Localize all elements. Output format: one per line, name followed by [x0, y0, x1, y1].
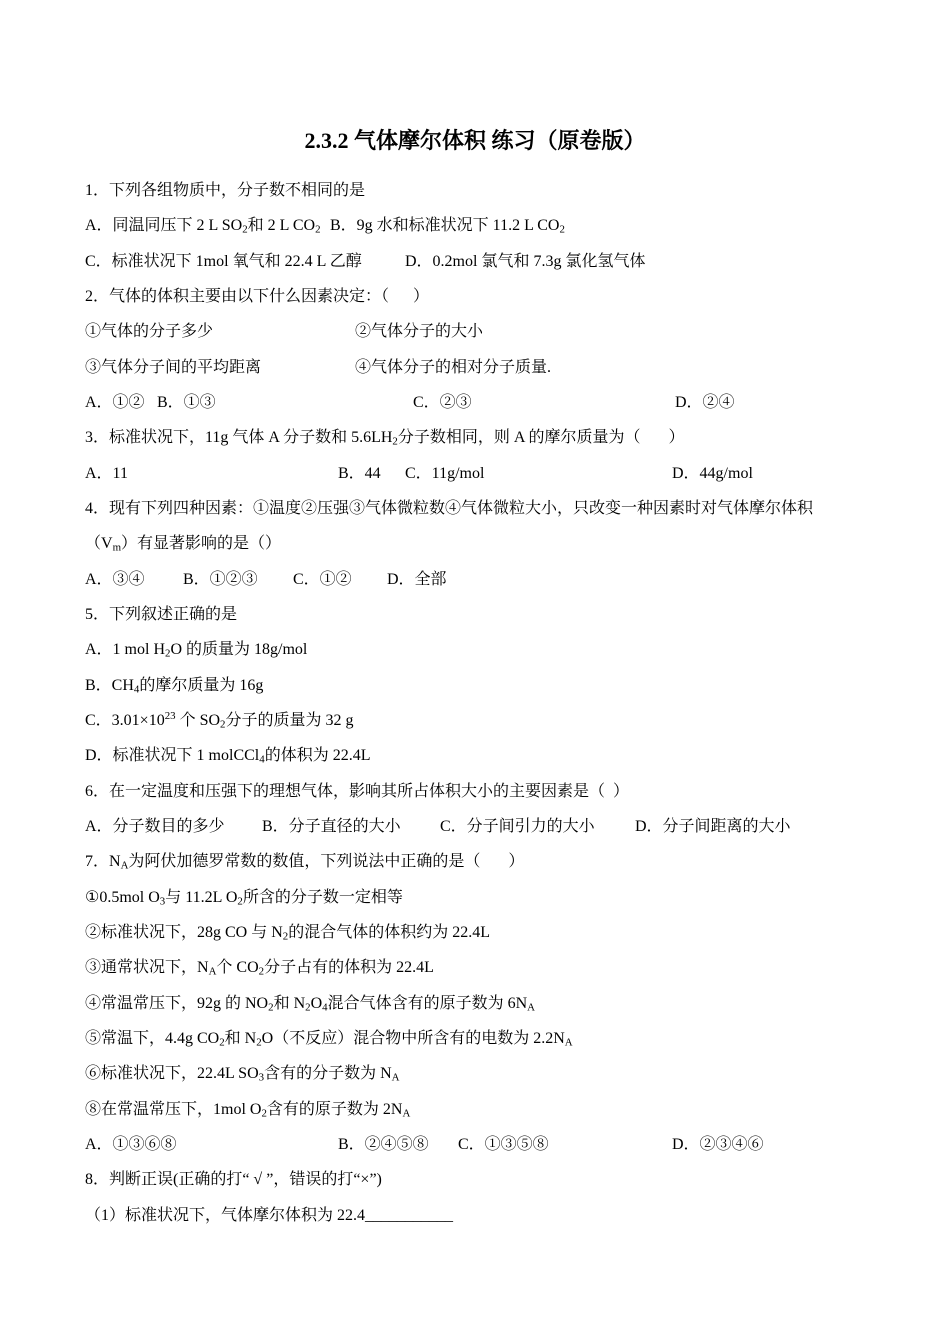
subscript: 2 — [305, 1001, 310, 1013]
text-run: C．①③⑤⑧ — [458, 1127, 549, 1162]
text-run: 3．标准状况下，11g 气体 A 分子数和 5.6LH2分子数相同，则 A 的摩… — [85, 420, 685, 455]
doc-line: ⑥标准状况下，22.4L SO3含有的分子数为 NA — [0, 1056, 950, 1091]
subscript: 4 — [134, 683, 139, 695]
doc-line: A．1 mol H2O 的质量为 18g/mol — [0, 632, 950, 667]
text-run: A．①② — [85, 385, 145, 420]
doc-line: C．标准状况下 1mol 氧气和 22.4 L 乙醇D．0.2mol 氯气和 7… — [0, 244, 950, 279]
text-run: D．44g/mol — [672, 456, 753, 491]
subscript: 2 — [283, 931, 288, 943]
doc-line: 2．气体的体积主要由以下什么因素决定：（ ） — [0, 279, 950, 314]
text-run: C．②③ — [413, 385, 472, 420]
text-run: B．①③ — [157, 385, 216, 420]
subscript: 4 — [322, 1001, 327, 1013]
text-run: ⑧在常温常压下，1mol O2含有的原子数为 2NA — [85, 1092, 410, 1127]
text-run: C．3.01×1023 个 SO2分子的质量为 32 g — [85, 703, 354, 738]
doc-line: 3．标准状况下，11g 气体 A 分子数和 5.6LH2分子数相同，则 A 的摩… — [0, 420, 950, 455]
text-run: ⑥标准状况下，22.4L SO3含有的分子数为 NA — [85, 1056, 400, 1091]
doc-line: ③气体分子间的平均距离④气体分子的相对分子质量. — [0, 350, 950, 385]
text-run: 5．下列叙述正确的是 — [85, 597, 237, 632]
doc-line: 7．NA为阿伏加德罗常数的数值，下列说法中正确的是（ ） — [0, 844, 950, 879]
doc-line: A．③④B．①②③C．①②D．全部 — [0, 562, 950, 597]
doc-line: B．CH4的摩尔质量为 16g — [0, 668, 950, 703]
text-run: A．1 mol H2O 的质量为 18g/mol — [85, 632, 307, 667]
text-run: B．CH4的摩尔质量为 16g — [85, 668, 263, 703]
doc-line: A．分子数目的多少B．分子直径的大小C．分子间引力的大小D．分子间距离的大小 — [0, 809, 950, 844]
doc-line: D．标准状况下 1 molCCl4的体积为 22.4L — [0, 738, 950, 773]
doc-line: 5．下列叙述正确的是 — [0, 597, 950, 632]
subscript: 4 — [259, 754, 264, 766]
subscript: 2 — [315, 224, 320, 236]
doc-line: 8．判断正误(正确的打“ √ ”，错误的打“×”) — [0, 1162, 950, 1197]
subscript: 2 — [560, 224, 565, 236]
text-run: B．②④⑤⑧ — [338, 1127, 429, 1162]
text-run: A．分子数目的多少 — [85, 809, 225, 844]
text-run: ③气体分子间的平均距离 — [85, 350, 261, 385]
subscript: A — [392, 1072, 400, 1084]
text-run: C．①② — [293, 562, 352, 597]
subscript: A — [121, 860, 129, 872]
text-run: 7．NA为阿伏加德罗常数的数值，下列说法中正确的是（ ） — [85, 844, 524, 879]
doc-line: C．3.01×1023 个 SO2分子的质量为 32 g — [0, 703, 950, 738]
subscript: A — [209, 966, 217, 978]
text-run: C．分子间引力的大小 — [440, 809, 595, 844]
text-run: C．标准状况下 1mol 氧气和 22.4 L 乙醇 — [85, 244, 362, 279]
text-run: 1．下列各组物质中，分子数不相同的是 — [85, 173, 365, 208]
subscript: 2 — [165, 648, 170, 660]
text-run: B．①②③ — [183, 562, 258, 597]
text-run: ②气体分子的大小 — [355, 314, 483, 349]
subscript: 2 — [242, 224, 247, 236]
text-run: （1）标准状况下，气体摩尔体积为 22.4___________ — [85, 1198, 453, 1233]
subscript: 2 — [259, 966, 264, 978]
subscript: A — [565, 1037, 573, 1049]
text-run: B．9g 水和标准状况下 11.2 L CO2 — [330, 208, 565, 243]
doc-line: （Vm）有显著影响的是（） — [0, 526, 950, 561]
doc-line: A．①②B．①③C．②③D．②④ — [0, 385, 950, 420]
doc-line: ⑤常温下，4.4g CO2和 N2O（不反应）混合物中所含有的电数为 2.2NA — [0, 1021, 950, 1056]
text-run: 4．现有下列四种因素：①温度②压强③气体微粒数④气体微粒大小，只改变一种因素时对… — [85, 491, 813, 526]
text-run: ④气体分子的相对分子质量. — [355, 350, 551, 385]
doc-line: ①气体的分子多少②气体分子的大小 — [0, 314, 950, 349]
text-run: ③通常状况下，NA个 CO2分子占有的体积为 22.4L — [85, 950, 434, 985]
text-run: A．11 — [85, 456, 128, 491]
text-run: B．分子直径的大小 — [262, 809, 401, 844]
subscript: 2 — [392, 436, 397, 448]
text-run: ①0.5mol O3与 11.2L O2所含的分子数一定相等 — [85, 880, 403, 915]
text-run: D．全部 — [387, 562, 447, 597]
text-run: D．标准状况下 1 molCCl4的体积为 22.4L — [85, 738, 370, 773]
subscript: 2 — [237, 895, 242, 907]
text-run: D．②④ — [675, 385, 735, 420]
subscript: A — [527, 1001, 535, 1013]
text-run: B．44 — [338, 456, 381, 491]
text-run: D．0.2mol 氯气和 7.3g 氯化氢气体 — [405, 244, 645, 279]
superscript: 23 — [165, 710, 176, 722]
doc-line: ②标准状况下，28g CO 与 N2的混合气体的体积约为 22.4L — [0, 915, 950, 950]
text-run: A．③④ — [85, 562, 145, 597]
doc-line: ③通常状况下，NA个 CO2分子占有的体积为 22.4L — [0, 950, 950, 985]
subscript: 3 — [259, 1072, 264, 1084]
text-run: ⑤常温下，4.4g CO2和 N2O（不反应）混合物中所含有的电数为 2.2NA — [85, 1021, 573, 1056]
subscript: m — [113, 542, 121, 554]
text-run: A．同温同压下 2 L SO2和 2 L CO2 — [85, 208, 321, 243]
text-run: （Vm）有显著影响的是（） — [85, 526, 281, 561]
page-title: 2.3.2 气体摩尔体积 练习（原卷版） — [0, 126, 950, 156]
text-run: A．①③⑥⑧ — [85, 1127, 177, 1162]
document-body: 1．下列各组物质中，分子数不相同的是A．同温同压下 2 L SO2和 2 L C… — [0, 173, 950, 1233]
text-run: ②标准状况下，28g CO 与 N2的混合气体的体积约为 22.4L — [85, 915, 490, 950]
text-run: C．11g/mol — [405, 456, 484, 491]
subscript: A — [402, 1107, 410, 1119]
doc-line: 6．在一定温度和压强下的理想气体，影响其所占体积大小的主要因素是（ ） — [0, 774, 950, 809]
doc-line: A．11B．44C．11g/molD．44g/mol — [0, 456, 950, 491]
text-run: ①气体的分子多少 — [85, 314, 213, 349]
text-run: 8．判断正误(正确的打“ √ ”，错误的打“×”) — [85, 1162, 382, 1197]
doc-line: ①0.5mol O3与 11.2L O2所含的分子数一定相等 — [0, 880, 950, 915]
doc-line: ④常温常压下，92g 的 NO2和 N2O4混合气体含有的原子数为 6NA — [0, 986, 950, 1021]
subscript: 2 — [261, 1107, 266, 1119]
subscript: 2 — [268, 1001, 273, 1013]
text-run: 6．在一定温度和压强下的理想气体，影响其所占体积大小的主要因素是（ ） — [85, 774, 629, 809]
doc-line: 4．现有下列四种因素：①温度②压强③气体微粒数④气体微粒大小，只改变一种因素时对… — [0, 491, 950, 526]
subscript: 2 — [219, 1037, 224, 1049]
text-run: D．分子间距离的大小 — [635, 809, 791, 844]
doc-line: ⑧在常温常压下，1mol O2含有的原子数为 2NA — [0, 1092, 950, 1127]
subscript: 2 — [220, 719, 225, 731]
doc-line: 1．下列各组物质中，分子数不相同的是 — [0, 173, 950, 208]
doc-line: （1）标准状况下，气体摩尔体积为 22.4___________ — [0, 1198, 950, 1233]
document-page: 2.3.2 气体摩尔体积 练习（原卷版） 1．下列各组物质中，分子数不相同的是A… — [0, 0, 950, 1344]
text-run: ④常温常压下，92g 的 NO2和 N2O4混合气体含有的原子数为 6NA — [85, 986, 535, 1021]
subscript: 3 — [160, 895, 165, 907]
doc-line: A．①③⑥⑧B．②④⑤⑧C．①③⑤⑧D．②③④⑥ — [0, 1127, 950, 1162]
subscript: 2 — [256, 1037, 261, 1049]
text-run: 2．气体的体积主要由以下什么因素决定：（ ） — [85, 279, 429, 314]
text-run: D．②③④⑥ — [672, 1127, 764, 1162]
doc-line: A．同温同压下 2 L SO2和 2 L CO2B．9g 水和标准状况下 11.… — [0, 208, 950, 243]
